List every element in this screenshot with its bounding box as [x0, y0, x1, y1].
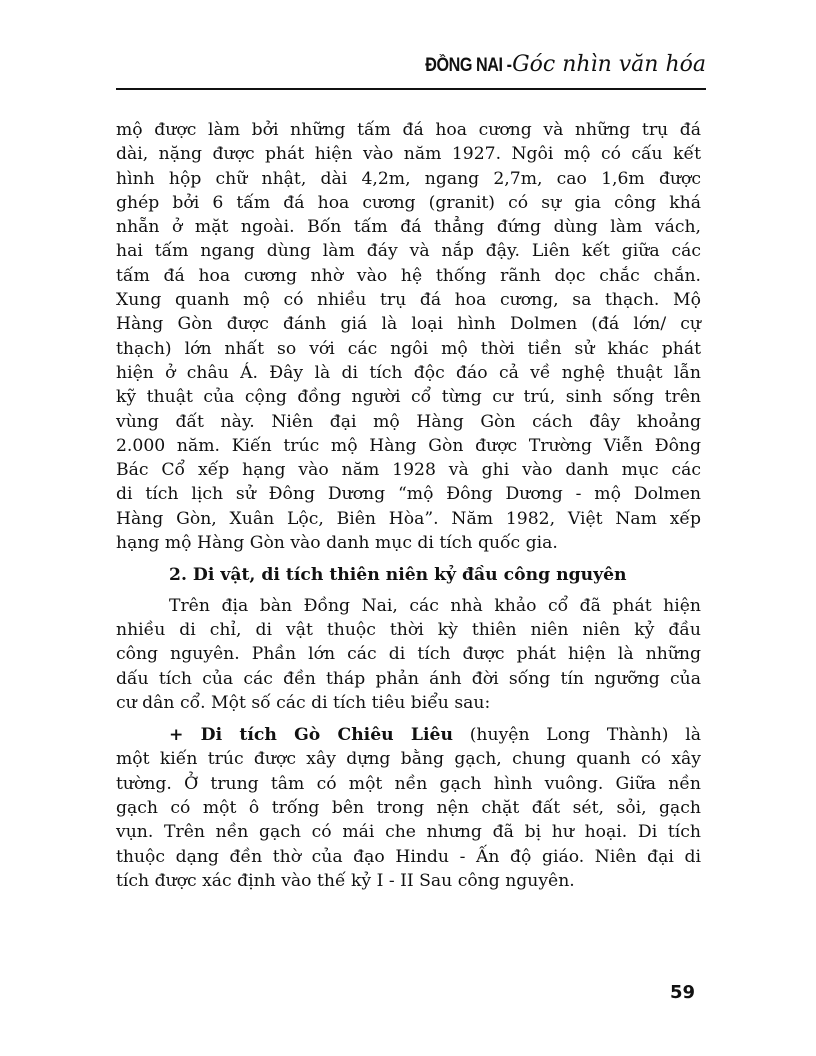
text-line: mộ được làm bởi những tấm đá hoa cương v… — [116, 118, 701, 142]
text-line: hình hộp chữ nhật, dài 4,2m, ngang 2,7m,… — [116, 167, 701, 191]
text-line: 2.000 năm. Kiến trúc mộ Hàng Gòn được Tr… — [116, 434, 701, 458]
text-line: tường. Ở trung tâm có một nền gạch hình … — [116, 772, 701, 796]
paragraph-intro: Trên địa bàn Đồng Nai, các nhà khảo cổ đ… — [116, 594, 701, 715]
header-title: ĐỒNG NAI - Góc nhìn văn hóa — [406, 52, 706, 77]
text-line: dấu tích của các đền tháp phản ánh đời s… — [116, 667, 701, 691]
paragraph-hang-gon: mộ được làm bởi những tấm đá hoa cương v… — [116, 118, 701, 555]
text-line: hạng mộ Hàng Gòn vào danh mục di tích qu… — [116, 531, 701, 555]
text-line: tấm đá hoa cương nhờ vào hệ thống rãnh d… — [116, 264, 701, 288]
text-line: thạch) lớn nhất so với các ngôi mộ thời … — [116, 337, 701, 361]
header-title-bold: ĐỒNG NAI - — [426, 55, 512, 77]
text-line: kỹ thuật của cộng đồng người cổ từng cư … — [116, 385, 701, 409]
text-line: gạch có một ô trống bên trong nện chặt đ… — [116, 796, 701, 820]
section-heading: 2. Di vật, di tích thiên niên kỷ đầu côn… — [116, 563, 701, 587]
text-line: hai tấm ngang dùng làm đáy và nắp đậy. L… — [116, 239, 701, 263]
text-line: công nguyên. Phần lớn các di tích được p… — [116, 642, 701, 666]
text-line: dài, nặng được phát hiện vào năm 1927. N… — [116, 142, 701, 166]
text-line: Hàng Gòn, Xuân Lộc, Biên Hòa”. Năm 1982,… — [116, 507, 701, 531]
text-line: nhẵn ở mặt ngoài. Bốn tấm đá thẳng đứng … — [116, 215, 701, 239]
text-line: Bác Cổ xếp hạng vào năm 1928 và ghi vào … — [116, 458, 701, 482]
text-line: Trên địa bàn Đồng Nai, các nhà khảo cổ đ… — [116, 594, 701, 618]
site-location: (huyện Long Thành) là — [453, 725, 701, 745]
text-line: nhiều di chỉ, di vật thuộc thời kỳ thiên… — [116, 618, 701, 642]
text-line: cư dân cổ. Một số các di tích tiêu biểu … — [116, 691, 701, 715]
text-line: Hàng Gòn được đánh giá là loại hình Dolm… — [116, 312, 701, 336]
text-line: một kiến trúc được xây dựng bằng gạch, c… — [116, 747, 701, 771]
header-rule — [116, 88, 706, 90]
text-line: vùng đất này. Niên đại mộ Hàng Gòn cách … — [116, 410, 701, 434]
text-line: vụn. Trên nền gạch có mái che nhưng đã b… — [116, 820, 701, 844]
text-line: ghép bởi 6 tấm đá hoa cương (granit) có … — [116, 191, 701, 215]
running-header: ĐỒNG NAI - Góc nhìn văn hóa — [116, 52, 706, 92]
page-body: mộ được làm bởi những tấm đá hoa cương v… — [116, 118, 701, 893]
text-line: di tích lịch sử Đông Dương “mộ Đông Dươn… — [116, 482, 701, 506]
text-line: hiện ở châu Á. Đây là di tích độc đáo cả… — [116, 361, 701, 385]
text-line: Xung quanh mộ có nhiều trụ đá hoa cương,… — [116, 288, 701, 312]
paragraph-go-chieu-lieu: + Di tích Gò Chiêu Liêu (huyện Long Thàn… — [116, 723, 701, 893]
header-title-script: Góc nhìn văn hóa — [512, 52, 706, 77]
page-number: 59 — [670, 982, 695, 1003]
text-line: thuộc dạng đền thờ của đạo Hindu - Ấn độ… — [116, 845, 701, 869]
text-line: + Di tích Gò Chiêu Liêu (huyện Long Thàn… — [116, 723, 701, 747]
site-name: + Di tích Gò Chiêu Liêu — [169, 725, 453, 745]
text-line: tích được xác định vào thế kỷ I - II Sau… — [116, 869, 701, 893]
